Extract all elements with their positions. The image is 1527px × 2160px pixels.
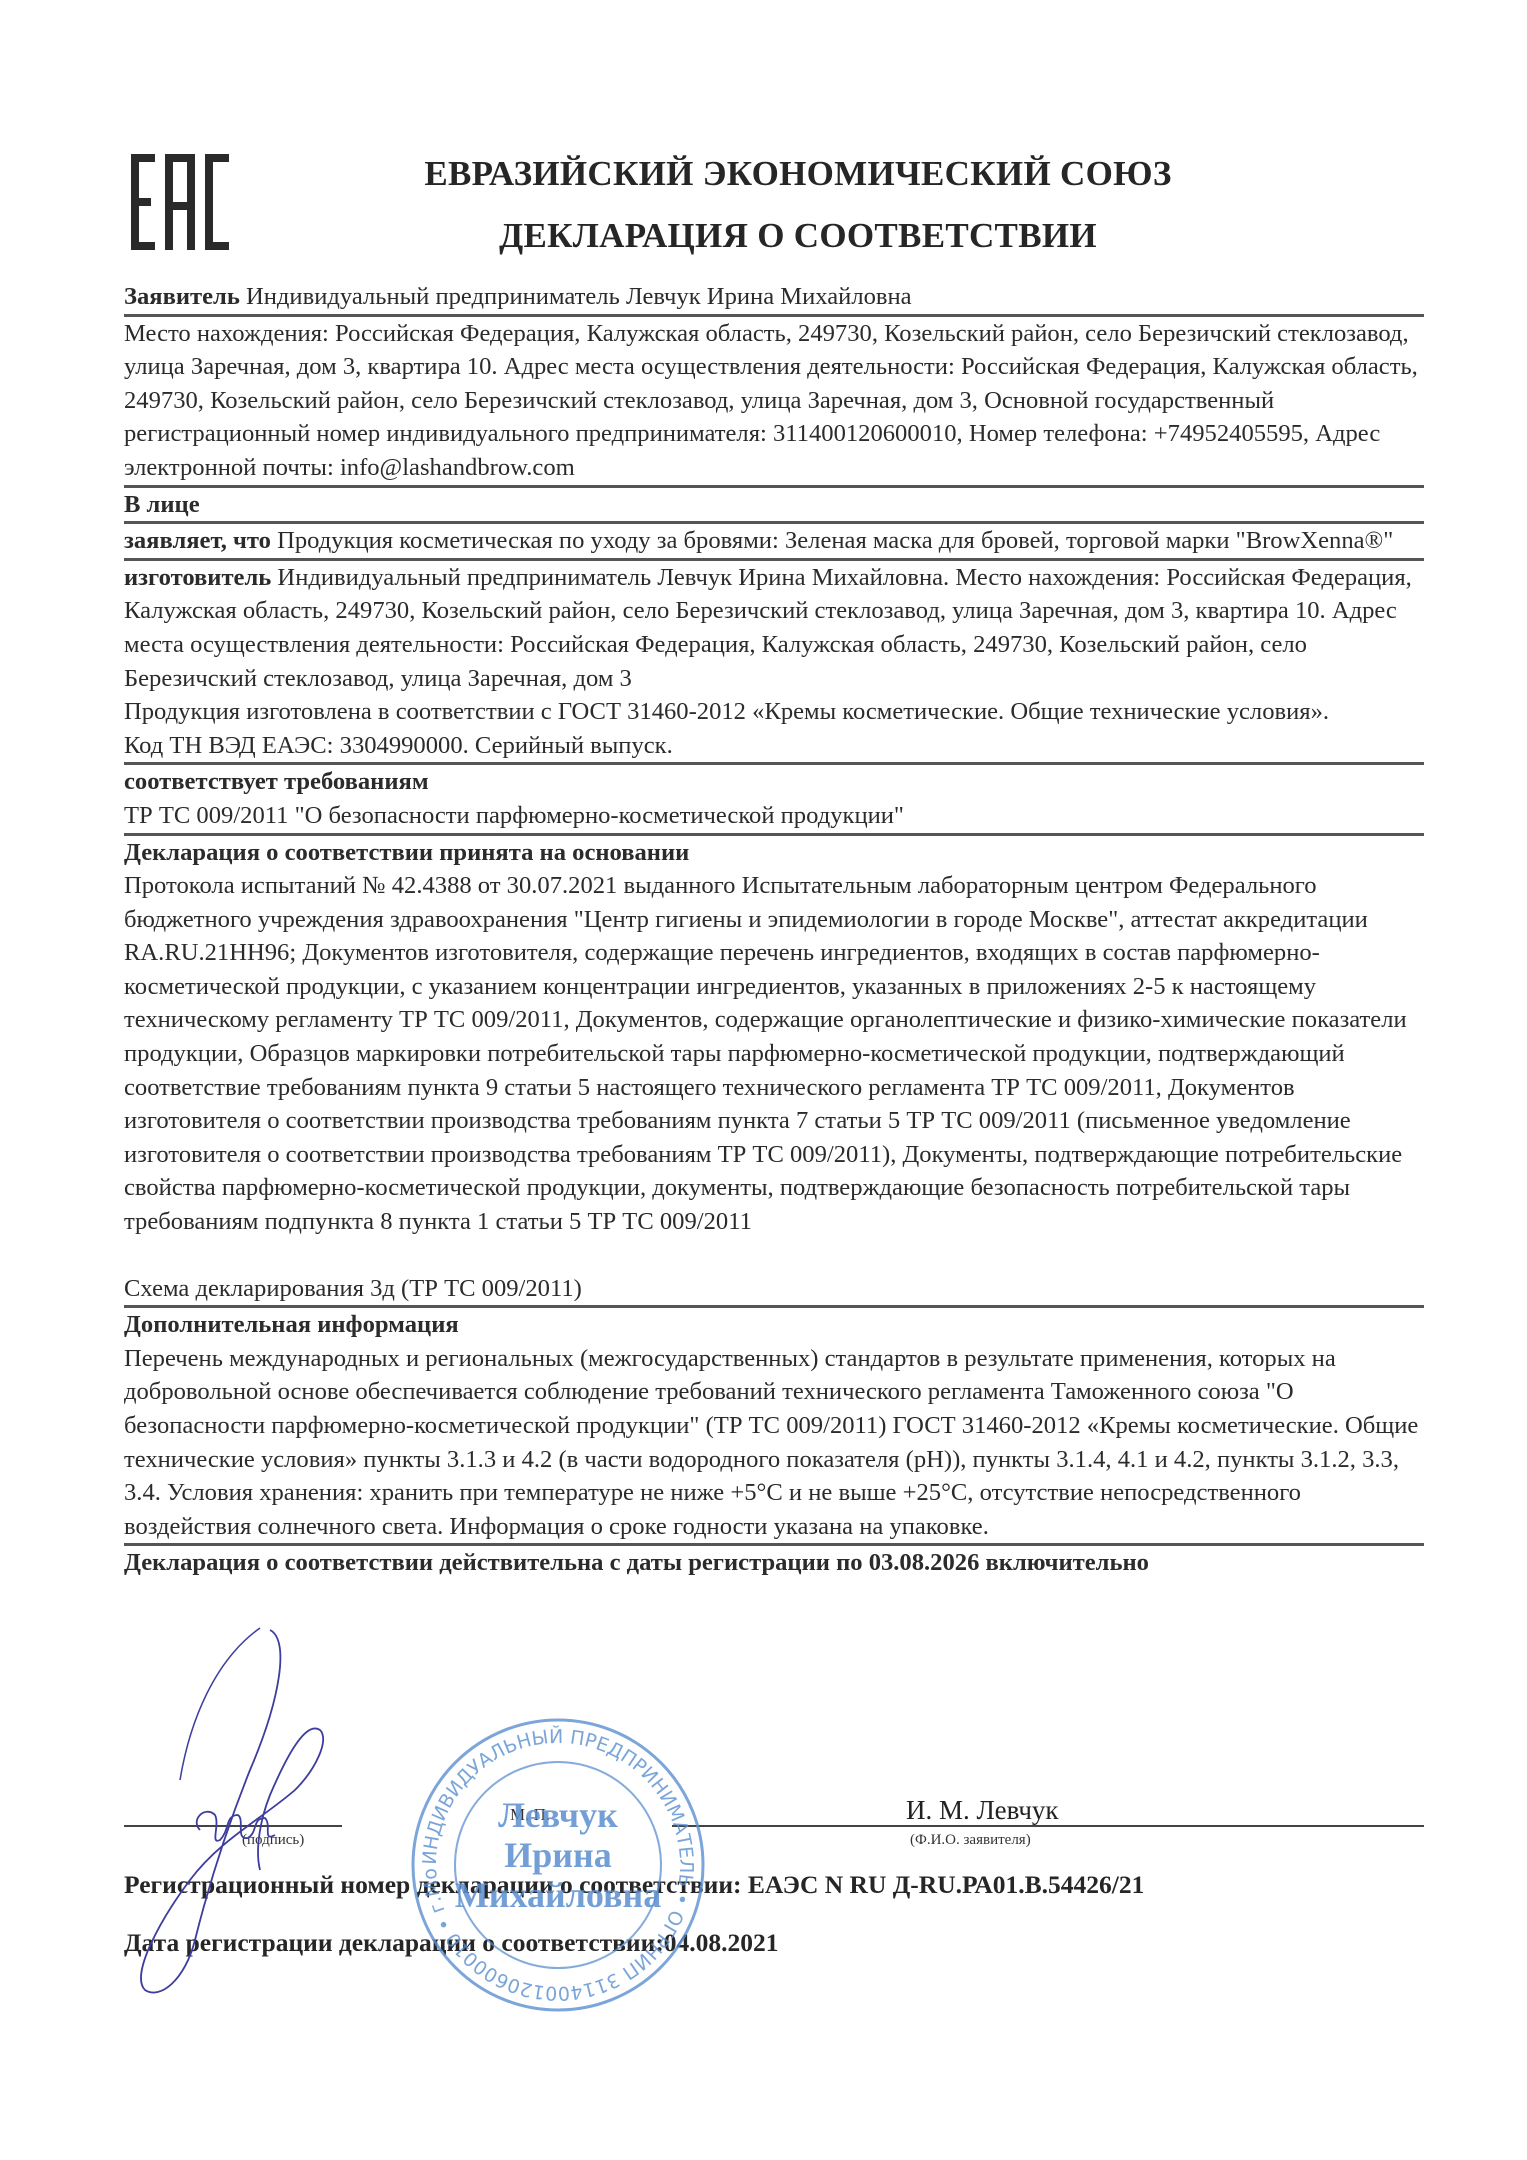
declaration-scheme: Схема декларирования 3д (ТР ТС 009/2011) — [124, 1275, 582, 1302]
signer-name: И. М. Левчук — [906, 1795, 1059, 1826]
signer-label: (Ф.И.О. заявителя) — [910, 1832, 1031, 1849]
additional-info-text: Перечень международных и региональных (м… — [124, 1342, 1424, 1544]
signature-block: (подпись) М. П. И. М. Левчук (Ф.И.О. зая… — [124, 1790, 1424, 1860]
declaration-body: Заявитель Индивидуальный предприниматель… — [124, 280, 1424, 1580]
validity-row: Декларация о соответствии действительна … — [124, 1546, 1424, 1580]
scheme-row: Схема декларирования 3д (ТР ТС 009/2011) — [124, 1272, 1424, 1309]
product-description: Продукция косметическая по уходу за бров… — [271, 527, 1393, 554]
applicant-row: Заявитель Индивидуальный предприниматель… — [124, 280, 1424, 317]
document-title: ДЕКЛАРАЦИЯ О СООТВЕТСТВИИ — [118, 216, 1478, 256]
manufacturer-standard: Продукция изготовлена в соответствии с Г… — [124, 695, 1424, 729]
complies-label-row: соответствует требованиям — [124, 765, 1424, 799]
applicant-details: Место нахождения: Российская Федерация, … — [124, 320, 1418, 481]
tn-ved-code: Код ТН ВЭД ЕАЭС: 3304990000. Серийный вы… — [124, 732, 673, 759]
applicant-label: Заявитель — [124, 283, 240, 310]
union-title: ЕВРАЗИЙСКИЙ ЭКОНОМИЧЕСКИЙ СОЮЗ — [118, 154, 1478, 194]
registration-number: Регистрационный номер декларации о соотв… — [124, 1870, 1144, 1900]
manufacturer-row: изготовитель Индивидуальный предпринимат… — [124, 561, 1424, 729]
declares-label: заявляет, что — [124, 527, 271, 554]
signature-label: (подпись) — [242, 1832, 304, 1849]
seal-stamp-icon: ИНДИВИДУАЛЬНЫЙ ПРЕДПРИНИМАТЕЛЬ • ОГРНИП … — [408, 1715, 708, 2015]
declaration-page: ЕВРАЗИЙСКИЙ ЭКОНОМИЧЕСКИЙ СОЮЗ ДЕКЛАРАЦИ… — [0, 0, 1527, 2160]
signature-line — [124, 1825, 342, 1827]
complies-row: ТР ТС 009/2011 "О безопасности парфюмерн… — [124, 799, 1424, 836]
registration-date: Дата регистрации декларации о соответств… — [124, 1928, 779, 1958]
manufacturer-text: Индивидуальный предприниматель Левчук Ир… — [124, 564, 1412, 692]
tn-ved-code-row: Код ТН ВЭД ЕАЭС: 3304990000. Серийный вы… — [124, 729, 1424, 766]
manufacturer-label: изготовитель — [124, 564, 271, 591]
representative-label: В лице — [124, 491, 200, 518]
complies-label: соответствует требованиям — [124, 768, 429, 795]
basis-label: Декларация о соответствии принята на осн… — [124, 836, 1424, 870]
declares-row: заявляет, что Продукция косметическая по… — [124, 524, 1424, 561]
additional-info-row: Дополнительная информация Перечень между… — [124, 1308, 1424, 1546]
stamp-place-label: М. П. — [510, 1805, 550, 1825]
validity-text: Декларация о соответствии действительна … — [124, 1549, 1149, 1576]
applicant-details-row: Место нахождения: Российская Федерация, … — [124, 317, 1424, 488]
additional-info-label: Дополнительная информация — [124, 1308, 1424, 1342]
technical-regulation: ТР ТС 009/2011 "О безопасности парфюмерн… — [124, 802, 904, 829]
representative-row: В лице — [124, 488, 1424, 525]
basis-row: Декларация о соответствии принята на осн… — [124, 836, 1424, 1272]
applicant-name: Индивидуальный предприниматель Левчук Ир… — [240, 283, 912, 310]
basis-text: Протокола испытаний № 42.4388 от 30.07.2… — [124, 869, 1424, 1239]
